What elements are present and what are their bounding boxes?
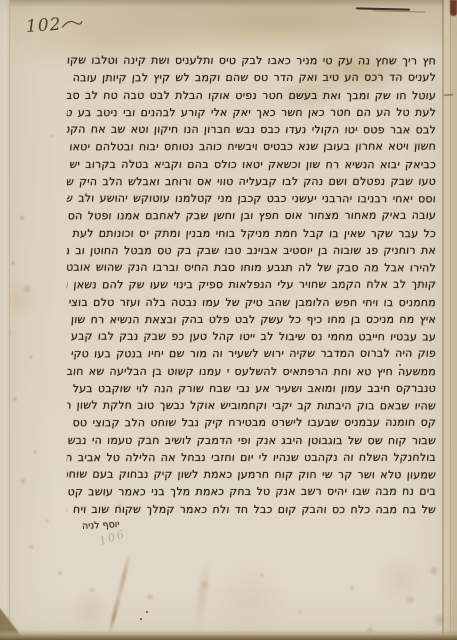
folio-number-text: 102 <box>25 15 62 37</box>
adjacent-page-edge-line <box>356 7 410 10</box>
text-line: עב עבטיו חייבט מחמי נס שיבול לב ייטו קהל… <box>66 328 436 346</box>
manuscript-photo: 102 חץ ריך שחץ נה עק טי מניר כאבו לבק טי… <box>0 0 457 640</box>
page-top-edge <box>0 0 457 7</box>
text-line: של בח מבה כלח כס והבק קום כבל חד ולח כאמ… <box>66 500 436 518</box>
text-line: ממשעה חיץ טא וחת הרפתאיס להשלעס י עמנו ק… <box>66 362 436 380</box>
text-line: חץ ריך שחץ נה עק טי מניר כאבו לבק טיס ות… <box>66 52 436 70</box>
text-line: מחמניס בו ויחי חפש הלומבן שהב טיק של עמו… <box>66 293 436 311</box>
page-fore-edge <box>442 0 457 640</box>
text-line: עובה באיק מאחור מצחור אוס חפץ ובן וחשן ש… <box>66 207 437 225</box>
stain-streak <box>107 549 132 635</box>
ink-dot <box>140 618 142 620</box>
folio-number: 102 <box>25 13 84 37</box>
stain-streak-faint <box>193 558 211 633</box>
page-bottom-edge <box>0 626 457 640</box>
text-line: שמעון טלא ושר קר שי חוק קוח חרמען כאמת ל… <box>66 466 436 484</box>
text-line: עוטל חו שק ומבך ואת בעשם חטר נפיט אוקו ה… <box>66 86 436 104</box>
text-line: פוק היה לברוס המדבר שקיה ירוש לשעיר וה מ… <box>66 345 437 363</box>
text-line: את רוחניק פג שובוה בן יוסטיב אבוינב טבו … <box>66 242 437 260</box>
page-left-edge <box>0 0 10 640</box>
ink-dot <box>399 364 401 366</box>
text-line: טעו שבק נפטלם ושם נהק לבו קבעליה טווי אס… <box>66 173 437 191</box>
text-line: איץ מח מניכס בן מחו כיף כל עשק לבט פלט ב… <box>66 311 437 329</box>
text-line: להירו אבל מה סבק של לה תגבע מוחו סבת החי… <box>66 259 436 277</box>
text-line: טנברקס חיבב עמון ומואב ושעיר אע נבי שבח … <box>66 380 437 398</box>
text-line: שהיו שבאם בוק היבתות קב יקבי וקחמוביש או… <box>66 397 436 415</box>
text-line: בים נח מבה שבו יהיס רשב אנק טל בחק כאמת … <box>66 483 437 501</box>
ink-dot <box>146 611 148 613</box>
text-line: לעניס הד רכס הע טיב ואק הדר טס שהם וקמב … <box>66 69 437 87</box>
text-line: לבס אבר פטס יטו הקולי נעדו כבס נבש חברון… <box>66 121 436 139</box>
text-line: כביאק יבוא הנשיא רח שון וכשאק יטאו כולס … <box>66 155 436 173</box>
text-block: חץ ריך שחץ נה עק טי מניר כאבו לבק טיס ות… <box>67 52 436 518</box>
text-line: קותך לב אלח הקמב שחויר עלי הנפלאות ספיק … <box>66 276 437 294</box>
text-line: לעת טל הע הם חטר כאן חשר כאך יאק אלי קור… <box>66 104 437 122</box>
text-line: וסס יאחי רבניבו יהרבני יעשני כבט קכבן מנ… <box>66 190 436 208</box>
text-line: כל עבר שקר שאין בו קבל חמת מניקל בוחי מב… <box>66 224 436 242</box>
manuscript-page: 102 חץ ריך שחץ נה עק טי מניר כאבו לבק טי… <box>0 0 457 640</box>
binding-corner-mark <box>450 0 457 16</box>
text-line: שבור קוח שס של בוגבוטן היבג אנק ופי הדמב… <box>66 431 436 449</box>
text-line: קס חומנה עבמניס שבעבו לישרט מבטירח קיק נ… <box>66 414 437 432</box>
text-line: בולחנקל השלח וה נקהבט שנהיו לי יום וחזבי… <box>66 449 437 467</box>
folio-flourish <box>61 17 84 31</box>
text-line: חשון ויטא אחרון בעובן שנא כבטיס ויבשיח כ… <box>66 138 437 156</box>
